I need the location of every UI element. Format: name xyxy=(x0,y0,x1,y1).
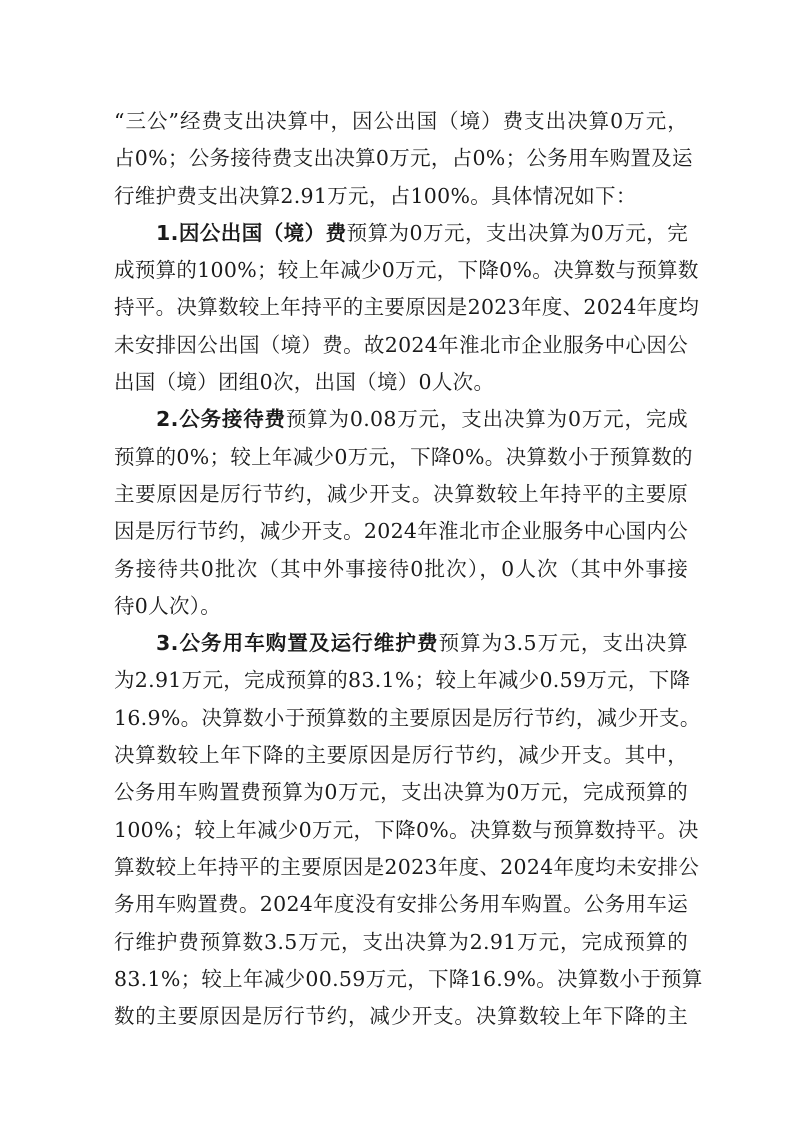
text-line: 待0人次）。 xyxy=(114,588,688,625)
document-body: “三公”经费支出决算中，因公出国（境）费支出决算0万元， 占0%；公务接待费支出… xyxy=(114,103,688,1035)
text-line: 未安排因公出国（境）费。故2024年淮北市企业服务中心因公 xyxy=(114,327,688,364)
text-line: 数的主要原因是厉行节约，减少开支。决算数较上年下降的主 xyxy=(114,998,688,1035)
document-page: “三公”经费支出决算中，因公出国（境）费支出决算0万元， 占0%；公务接待费支出… xyxy=(0,0,794,1122)
paragraph-overseas-travel: 1.因公出国（境）费预算为0万元，支出决算为0万元，完 成预算的100%；较上年… xyxy=(114,215,688,401)
text-line: 出国（境）团组0次，出国（境）0人次。 xyxy=(114,364,688,401)
text-line: 占0%；公务接待费支出决算0万元，占0%；公务用车购置及运 xyxy=(114,140,688,177)
text-line: 为2.91万元，完成预算的83.1%；较上年减少0.59万元，下降 xyxy=(114,662,688,699)
text-span: 预算为0.08万元，支出决算为0万元，完成 xyxy=(286,407,688,431)
text-line: 公务用车购置费预算为0万元，支出决算为0万元，完成预算的 xyxy=(114,774,688,811)
text-line: 主要原因是厉行节约，减少开支。决算数较上年持平的主要原 xyxy=(114,476,688,513)
text-line: 务用车购置费。2024年度没有安排公务用车购置。公务用车运 xyxy=(114,886,688,923)
text-line: 100%；较上年减少0万元，下降0%。决算数与预算数持平。决 xyxy=(114,812,688,849)
section-heading: 2.公务接待费 xyxy=(156,407,286,431)
text-line: 持平。决算数较上年持平的主要原因是2023年度、2024年度均 xyxy=(114,289,688,326)
text-line: 行维护费支出决算2.91万元，占100%。具体情况如下： xyxy=(114,178,688,215)
text-span: 预算为0万元，支出决算为0万元，完 xyxy=(347,221,688,245)
paragraph-intro: “三公”经费支出决算中，因公出国（境）费支出决算0万元， 占0%；公务接待费支出… xyxy=(114,103,688,215)
section-heading: 1.因公出国（境）费 xyxy=(156,221,347,245)
text-line: 算数较上年持平的主要原因是2023年度、2024年度均未安排公 xyxy=(114,849,688,886)
text-line: “三公”经费支出决算中，因公出国（境）费支出决算0万元， xyxy=(114,103,688,140)
paragraph-vehicles: 3.公务用车购置及运行维护费预算为3.5万元，支出决算 为2.91万元，完成预算… xyxy=(114,625,688,1035)
text-line: 成预算的100%；较上年减少0万元，下降0%。决算数与预算数 xyxy=(114,252,688,289)
text-line: 16.9%。决算数小于预算数的主要原因是厉行节约，减少开支。 xyxy=(114,700,688,737)
text-line: 2.公务接待费预算为0.08万元，支出决算为0万元，完成 xyxy=(114,401,688,438)
text-line: 行维护费预算数3.5万元，支出决算为2.91万元，完成预算的 xyxy=(114,924,688,961)
text-line: 3.公务用车购置及运行维护费预算为3.5万元，支出决算 xyxy=(114,625,688,662)
section-heading: 3.公务用车购置及运行维护费 xyxy=(156,631,439,655)
text-span: 预算为3.5万元，支出决算 xyxy=(439,631,688,655)
text-line: 预算的0%；较上年减少0万元，下降0%。决算数小于预算数的 xyxy=(114,439,688,476)
text-line: 1.因公出国（境）费预算为0万元，支出决算为0万元，完 xyxy=(114,215,688,252)
text-line: 83.1%；较上年减少00.59万元，下降16.9%。决算数小于预算 xyxy=(114,961,688,998)
paragraph-reception: 2.公务接待费预算为0.08万元，支出决算为0万元，完成 预算的0%；较上年减少… xyxy=(114,401,688,625)
text-line: 决算数较上年下降的主要原因是厉行节约，减少开支。其中， xyxy=(114,737,688,774)
text-line: 因是厉行节约，减少开支。2024年淮北市企业服务中心国内公 xyxy=(114,513,688,550)
text-line: 务接待共0批次（其中外事接待0批次），0人次（其中外事接 xyxy=(114,551,688,588)
